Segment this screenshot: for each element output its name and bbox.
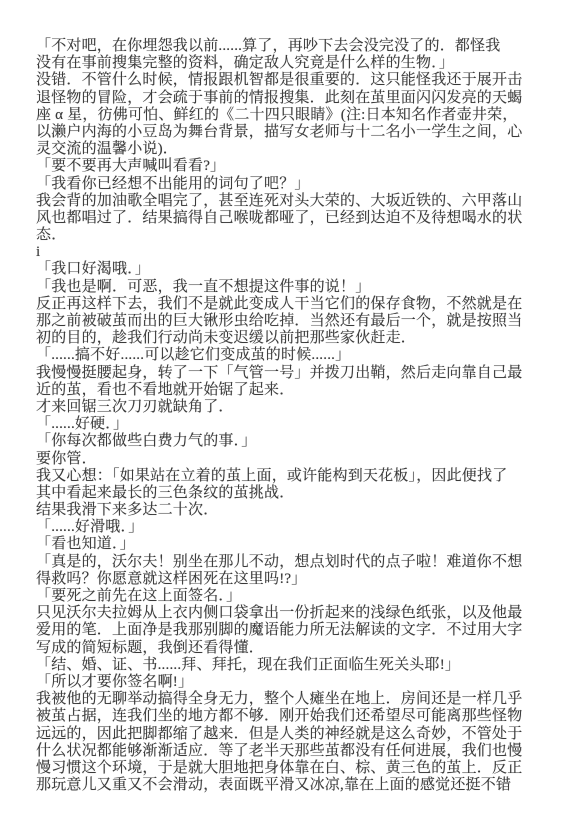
- text-line: 「结、婚、证、书......拜、拜托，现在我们正面临生死关头耶!」: [36, 657, 550, 674]
- novel-text-block: 「不对吧，在你埋怨我以前......算了，再吵下去会没完没了的．都怪我 没有在事…: [36, 38, 550, 794]
- text-line: 「不对吧，在你埋怨我以前......算了，再吵下去会没完没了的．都怪我: [36, 38, 550, 55]
- text-line: 座 α 星，彷佛可怕、鲜红的《二十四只眼睛》(注:日本知名作者壶井荣，: [36, 107, 550, 124]
- text-line: 得救吗？你愿意就这样困死在这里吗!?」: [36, 571, 550, 588]
- text-line: 我被他的无聊举动搞得全身无力，整个人瘫坐在地上．房间还是一样几乎: [36, 691, 550, 708]
- text-line: 慢习惯这个环境，于是就大胆地把身体靠在白、棕、黄三色的茧上．反正: [36, 760, 550, 777]
- text-line: 灵交流的温馨小说)．: [36, 141, 550, 158]
- text-line: i: [36, 244, 550, 261]
- text-line: 「我口好渴哦．」: [36, 261, 550, 278]
- text-line: 我会背的加油歌全唱完了，甚至连死对头大荣的、大坂近铁的、六甲落山: [36, 193, 550, 210]
- text-line: 才来回锯三次刀刃就缺角了．: [36, 399, 550, 416]
- text-line: 那之前被破茧而出的巨大锹形虫给吃掉．当然还有最后一个，就是按照当: [36, 313, 550, 330]
- text-line: 被茧占据，连我们坐的地方都不够．刚开始我们还希望尽可能离那些怪物: [36, 708, 550, 725]
- text-line: 要你管．: [36, 451, 550, 468]
- text-line: 写成的简短标题，我倒还看得懂．: [36, 640, 550, 657]
- text-line: 「......搞不好......可以趁它们变成茧的时候......」: [36, 347, 550, 364]
- text-line: 「我也是啊．可恶，我一直不想提这件事的说！」: [36, 279, 550, 296]
- text-line: 反正再这样下去，我们不是就此变成人干当它们的保存食物，不然就是在: [36, 296, 550, 313]
- text-line: 初的目的，趁我们行动尚未变迟缓以前把那些家伙赶走．: [36, 330, 550, 347]
- scanned-book-page: 「不对吧，在你埋怨我以前......算了，再吵下去会没完没了的．都怪我 没有在事…: [0, 0, 583, 828]
- text-line: 「你每次都做些白费力气的事．」: [36, 433, 550, 450]
- text-line: 结果我滑下来多达二十次．: [36, 502, 550, 519]
- text-line: 没错．不管什么时候，情报跟机智都是很重要的．这只能怪我还于展开击: [36, 72, 550, 89]
- text-line: 什么状况都能够渐渐适应．等了老半天那些茧都没有任何进展，我们也慢: [36, 743, 550, 760]
- text-line: 「要死之前先在这上面签名．」: [36, 588, 550, 605]
- text-line: 「要不要再大声喊叫看看?」: [36, 158, 550, 175]
- text-line: 远远的，因此把脚都缩了越来．但是人类的神经就是这么奇妙，不管处于: [36, 726, 550, 743]
- text-line: 没有在事前搜集完整的资料，确定敌人究竟是什么样的生物．」: [36, 55, 550, 72]
- text-line: 只见沃尔夫拉姆从上衣内侧口袋拿出一份折起来的浅绿色纸张，以及他最: [36, 605, 550, 622]
- text-line: 「......好滑哦．」: [36, 519, 550, 536]
- text-line: 态．: [36, 227, 550, 244]
- text-line: 「......好硬．」: [36, 416, 550, 433]
- text-line: 「我看你已经想不出能用的词句了吧？」: [36, 176, 550, 193]
- text-line: 以濑户内海的小豆岛为舞台背景，描写女老师与十二名小一学生之间，心: [36, 124, 550, 141]
- text-line: 其中看起来最长的三色条纹的茧挑战．: [36, 485, 550, 502]
- text-line: 近的茧，看也不看地就开始锯了起来．: [36, 382, 550, 399]
- text-line: 风也都唱过了．结果搞得自己喉咙都哑了，已经到达迫不及待想喝水的状: [36, 210, 550, 227]
- text-line: 「真是的，沃尔夫！别坐在那儿不动，想点划时代的点子啦！难道你不想: [36, 554, 550, 571]
- text-line: 爱用的笔．上面净是我那别脚的魔语能力所无法解读的文字．不过用大字: [36, 622, 550, 639]
- text-line: 我又心想：「如果站在立着的茧上面，或许能构到天花板」，因此便找了: [36, 468, 550, 485]
- text-line: 「看也知道．」: [36, 536, 550, 553]
- text-line: 那玩意儿又重又不会滑动，表面既平滑又冰凉,靠在上面的感觉还挺不错: [36, 777, 550, 794]
- text-line: 「所以才要你签名啊!」: [36, 674, 550, 691]
- text-line: 退怪物的冒险，才会疏于事前的情报搜集．此刻在茧里面闪闪发亮的天蝎: [36, 90, 550, 107]
- text-line: 我慢慢挺腰起身，转了一下「气管一号」并拨刀出鞘，然后走向靠自己最: [36, 365, 550, 382]
